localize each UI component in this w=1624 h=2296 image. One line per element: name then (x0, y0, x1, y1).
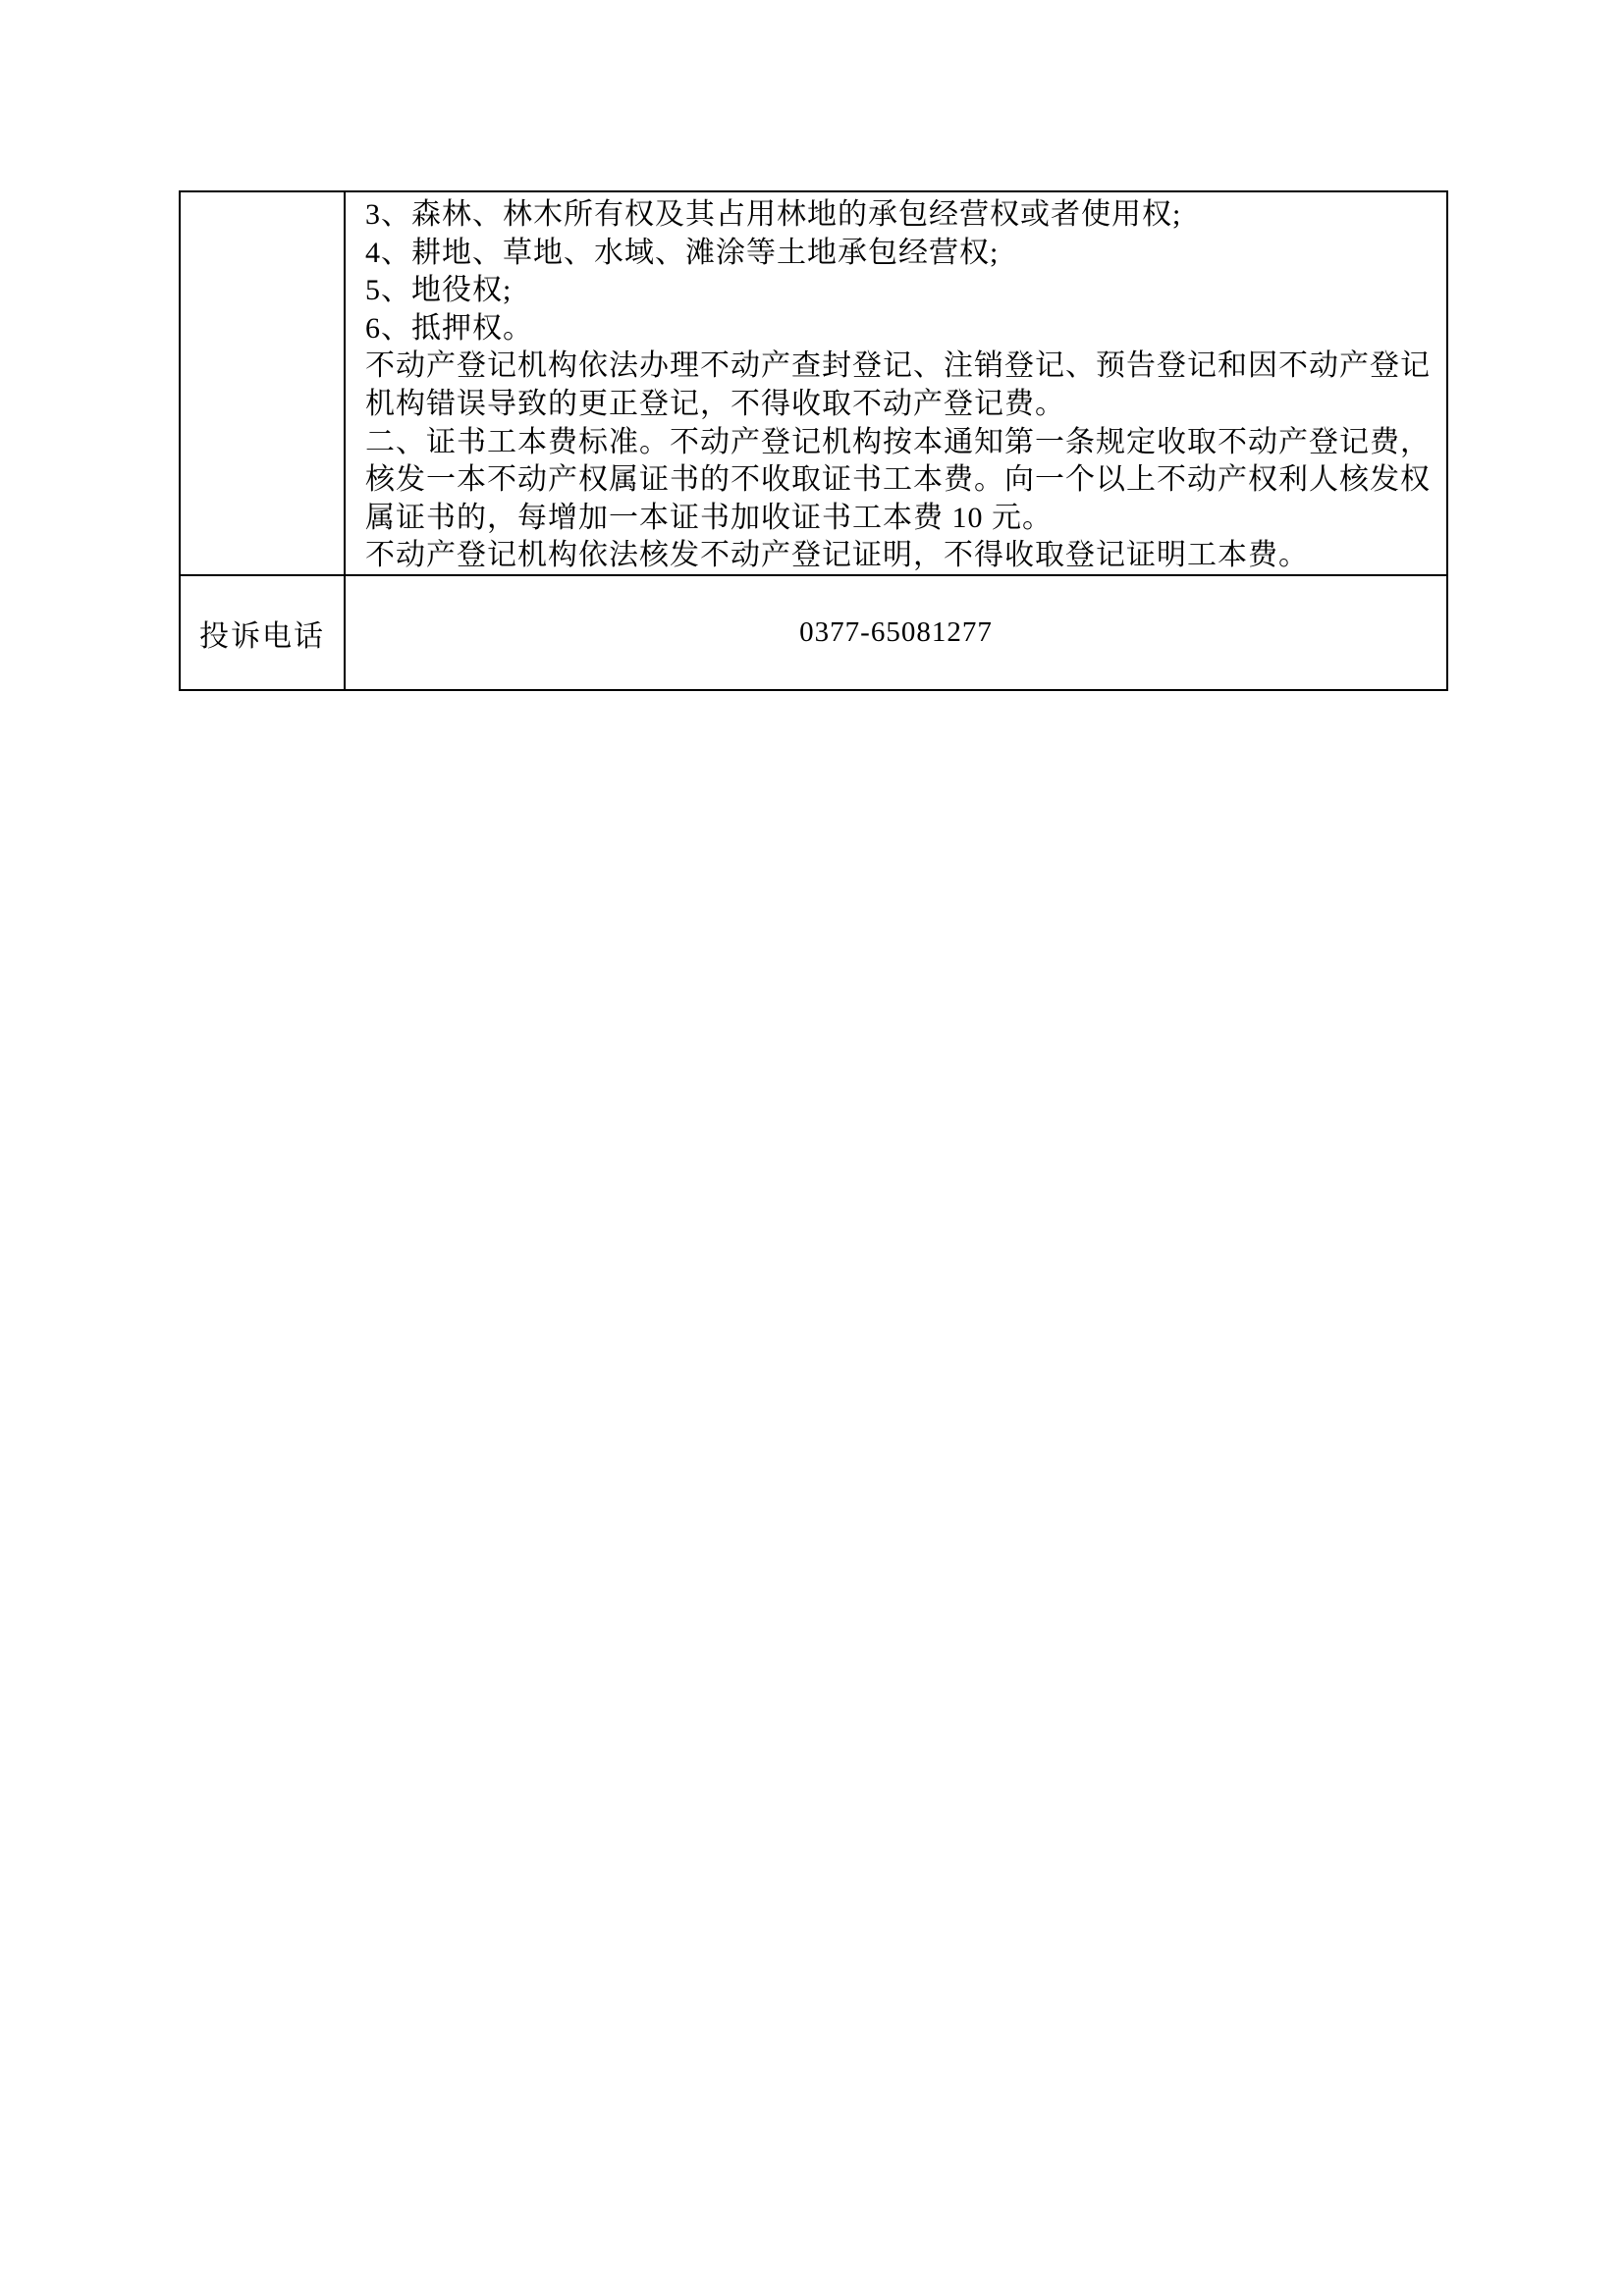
complaint-phone-label-cell: 投诉电话 (181, 576, 346, 689)
fee-note-line-4: 6、抵押权。 (365, 310, 1438, 348)
fee-note-line-1: 3、森林、林木所有权及其占用林地的承包经营权或者使用权; (365, 196, 1438, 235)
fee-table: 3、森林、林木所有权及其占用林地的承包经营权或者使用权; 4、耕地、草地、水域、… (179, 190, 1448, 691)
complaint-phone-label: 投诉电话 (199, 612, 325, 655)
fee-note-line-6: 机构错误导致的更正登记，不得收取不动产登记费。 (365, 386, 1438, 424)
fee-note-line-9: 属证书的，每增加一本证书加收证书工本费 10 元。 (365, 500, 1438, 538)
fee-note-line-8: 核发一本不动产权属证书的不收取证书工本费。向一个以上不动产权利人核发权 (365, 461, 1438, 500)
complaint-phone-value-cell: 0377-65081277 (346, 576, 1446, 689)
complaint-phone-number: 0377-65081277 (799, 616, 993, 649)
fee-note-line-10: 不动产登记机构依法核发不动产登记证明，不得收取登记证明工本费。 (365, 537, 1438, 574)
document-page: 3、森林、林木所有权及其占用林地的承包经营权或者使用权; 4、耕地、草地、水域、… (0, 0, 1624, 2296)
fee-notes-label-cell (181, 192, 346, 574)
complaint-phone-row: 投诉电话 0377-65081277 (181, 576, 1446, 689)
fee-notes-cell: 3、森林、林木所有权及其占用林地的承包经营权或者使用权; 4、耕地、草地、水域、… (346, 192, 1446, 574)
fee-notes-row: 3、森林、林木所有权及其占用林地的承包经营权或者使用权; 4、耕地、草地、水域、… (181, 192, 1446, 576)
fee-note-line-7: 二、证书工本费标准。不动产登记机构按本通知第一条规定收取不动产登记费， (365, 424, 1438, 462)
fee-note-line-2: 4、耕地、草地、水域、滩涂等土地承包经营权; (365, 235, 1438, 273)
fee-note-line-5: 不动产登记机构依法办理不动产查封登记、注销登记、预告登记和因不动产登记 (365, 347, 1438, 386)
fee-note-line-3: 5、地役权; (365, 272, 1438, 310)
